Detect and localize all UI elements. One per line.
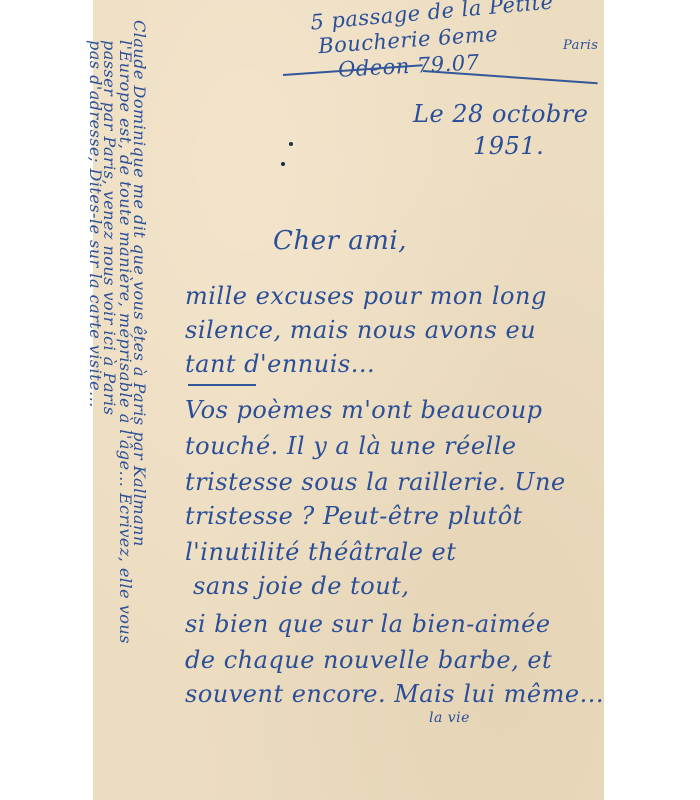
ink-dot — [289, 142, 293, 146]
paragraph-underline — [188, 384, 256, 386]
body-line: souvent encore. Mais lui même... — [185, 680, 604, 708]
address-city: Paris — [563, 38, 598, 53]
body-line: touché. Il y a là une réelle — [185, 432, 517, 460]
letter-paper: Claude Dominique me dit que vous êtes à … — [93, 0, 604, 800]
body-line: tristesse ? Peut-être plutôt — [185, 502, 523, 530]
body-line: tristesse sous la raillerie. Une — [185, 468, 566, 496]
body-line: l'inutilité théâtrale et — [185, 538, 456, 566]
body-line: sans joie de tout, — [193, 572, 409, 600]
date-line-2: 1951. — [473, 132, 544, 160]
body-line-insertion: la vie — [429, 710, 470, 726]
body-line: silence, mais nous avons eu — [185, 316, 536, 344]
body-line: mille excuses pour mon long — [185, 282, 547, 310]
date-line-1: Le 28 octobre — [413, 100, 588, 128]
salutation: Cher ami, — [273, 226, 407, 256]
ink-dot — [281, 162, 285, 166]
body-line: si bien que sur la bien-aimée — [185, 610, 551, 638]
body-line: tant d'ennuis... — [185, 350, 375, 378]
body-line: de chaque nouvelle barbe, et — [185, 646, 552, 674]
body-line: Vos poèmes m'ont beaucoup — [185, 396, 543, 424]
header-underline-right — [423, 70, 598, 84]
margin-note-column-4: pas d'adresse; Dites-le sur la carte vis… — [86, 40, 105, 408]
